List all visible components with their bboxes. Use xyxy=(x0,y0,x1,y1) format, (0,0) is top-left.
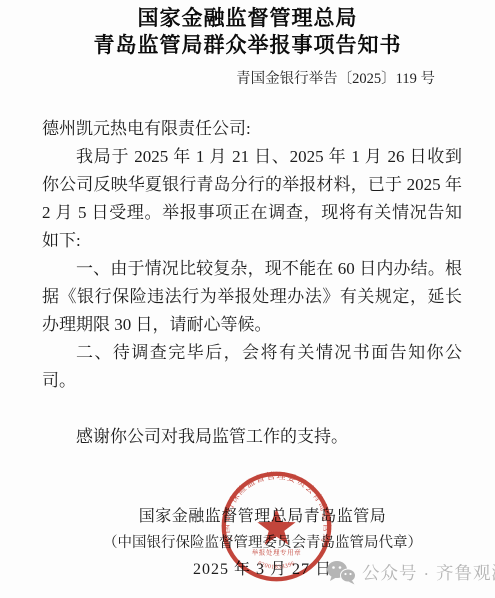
document-body: 德州凯元热电有限责任公司: 我局于 2025 年 1 月 21 日、2025 年… xyxy=(42,115,462,451)
paragraph-intro: 我局于 2025 年 1 月 21 日、2025 年 1 月 26 日收到你公司… xyxy=(42,143,462,255)
document-title: 国家金融监督管理总局 青岛监管局群众举报事项告知书 xyxy=(0,0,495,59)
paragraph-thanks: 感谢你公司对我局监管工作的支持。 xyxy=(42,423,462,451)
title-line-1: 国家金融监督管理总局 xyxy=(0,5,495,32)
paragraph-item-2: 二、待调查完毕后，会将有关情况书面告知你公司。 xyxy=(42,339,462,395)
paragraph-item-1: 一、由于情况比较复杂，现不能在 60 日内办结。根据《银行保险违法行为举报处理办… xyxy=(42,255,462,339)
document-number: 青国金银行举告〔2025〕119 号 xyxy=(0,67,495,88)
watermark-label: 公众号 · 齐鲁观澜 xyxy=(362,560,495,585)
wechat-icon xyxy=(326,560,356,585)
seal-serial-number: 02001838396 xyxy=(257,561,296,571)
seal-band-text: 举报处理专用章 xyxy=(252,547,302,556)
addressee-line: 德州凯元热电有限责任公司: xyxy=(42,115,462,143)
title-line-2: 青岛监管局群众举报事项告知书 xyxy=(0,32,495,59)
seal-star-icon xyxy=(257,508,295,544)
notice-document-page: 国家金融监督管理总局 青岛监管局群众举报事项告知书 青国金银行举告〔2025〕1… xyxy=(0,0,495,598)
watermark: 公众号 · 齐鲁观澜 xyxy=(326,560,495,585)
official-seal: 中国银行保险监督管理委员会青岛监管局 举报处理专用章 02001838396 xyxy=(219,469,334,584)
